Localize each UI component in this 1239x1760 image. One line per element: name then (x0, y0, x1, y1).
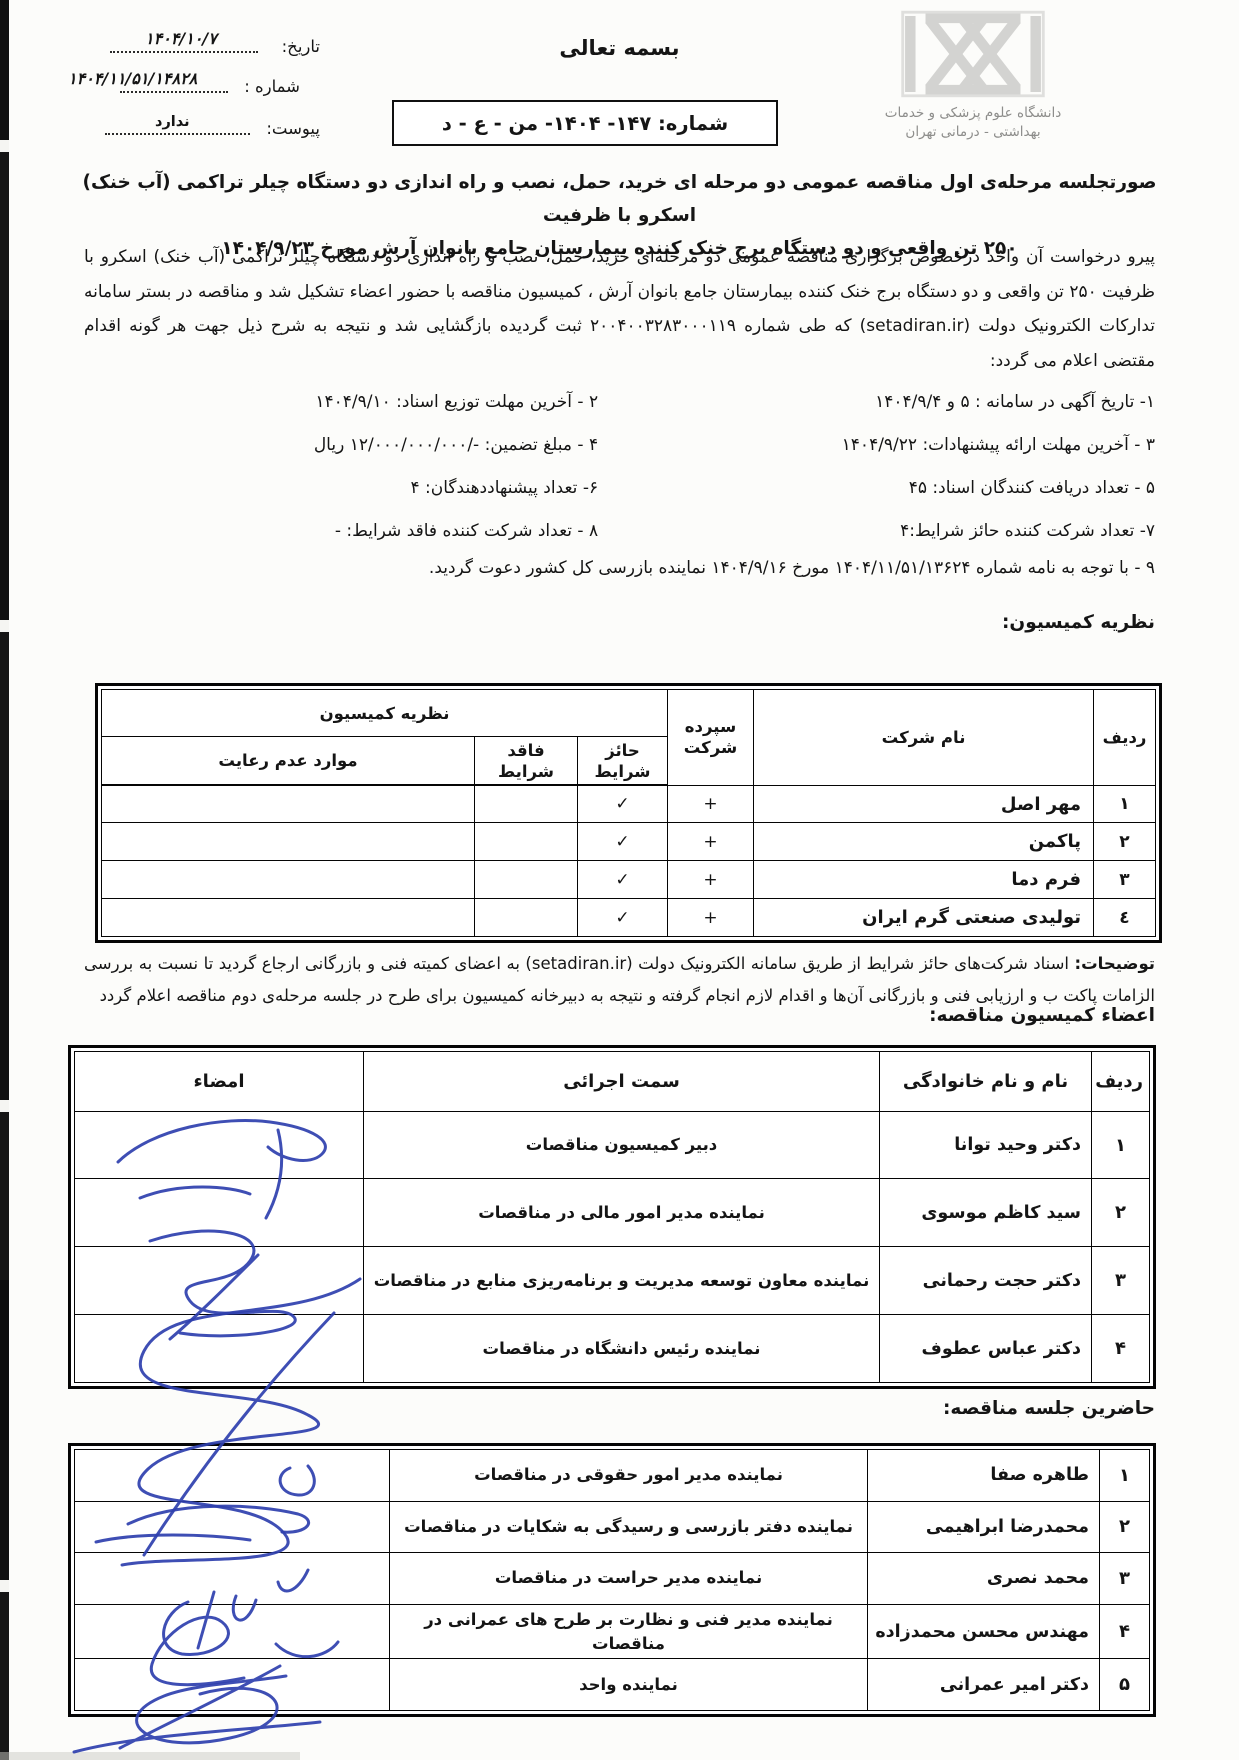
row-no: ۲ (1092, 1179, 1150, 1247)
signature-cell (75, 1179, 364, 1247)
header-date-field: تاریخ: ۱۴۰۴/۱۰/۷ (70, 20, 320, 60)
item-1: ۱- تاریخ آگهی در سامانه : ۵ و ۱۴۰۴/۹/۴ (598, 392, 1155, 412)
col-row-no: ردیف (1094, 690, 1156, 786)
member-name: دکتر عباس عطوف (880, 1315, 1092, 1383)
company-name: پاکمن (754, 823, 1094, 861)
number-label: شماره : (244, 77, 300, 96)
company-name: تولیدی صنعتی گرم ایران (754, 899, 1094, 937)
body-paragraph: پیرو درخواست آن واحد درخصوص برگزاری مناق… (84, 240, 1155, 378)
table-row: ۲ محمدرضا ابراهیمی نماینده دفتر بازرسی و… (75, 1501, 1150, 1553)
row-no: ۳ (1100, 1553, 1150, 1605)
scan-edge-artifact (0, 0, 9, 1760)
org-name-line2: بهداشتی - درمانی تهران (868, 123, 1078, 142)
university-logo-block: دانشگاه علوم پزشکی و خدمات بهداشتی - درم… (868, 8, 1078, 142)
member-role: نماینده رئیس دانشگاه در مناقصات (364, 1315, 880, 1383)
row-no: ٤ (1094, 899, 1156, 937)
col-commission-opinion: نظریه کمیسیون (102, 690, 668, 737)
signature-cell (75, 1111, 364, 1179)
col-position: سمت اجرائی (364, 1052, 880, 1112)
notes-label: توضیحات: (1075, 954, 1156, 973)
table-row: ۴ مهندس محسن محمدزاده نماینده مدیر فنی و… (75, 1604, 1150, 1659)
list-row-1: ۱- تاریخ آگهی در سامانه : ۵ و ۱۴۰۴/۹/۴ ۲… (84, 392, 1155, 412)
table-row: ۳ محمد نصری نماینده مدیر حراست در مناقصا… (75, 1553, 1150, 1605)
table-row: ۵ دکتر امیر عمرانی نماینده واحد (75, 1659, 1150, 1711)
qualified-check: ✓ (578, 899, 668, 937)
attendee-role: نماینده مدیر امور حقوقی در مناقصات (390, 1450, 868, 1502)
row-no: ۱ (1094, 785, 1156, 823)
row-no: ۲ (1094, 823, 1156, 861)
signature-cell (75, 1659, 390, 1711)
table-row: ۳ دکتر حجت رحمانی نماینده معاون توسعه مد… (75, 1247, 1150, 1315)
item-7: ۷- تعداد شرکت کننده حائز شرایط:۴ (598, 521, 1155, 541)
table-row: ۲ پاکمن + ✓ (102, 823, 1156, 861)
col-deposit: سپرده شرکت (668, 690, 754, 786)
deposit-mark: + (668, 861, 754, 899)
attendee-name: طاهره صفا (868, 1450, 1100, 1502)
attendee-role: نماینده مدیر فنی و نظارت بر طرح های عمرا… (390, 1604, 868, 1659)
item-5: ۵ - تعداد دریافت کنندگان اسناد: ۴۵ (598, 478, 1155, 498)
item-9: ۹ - با توجه به نامه شماره ۱۴۰۴/۱۱/۵۱/۱۳۶… (84, 558, 1155, 578)
signature-cell (75, 1604, 390, 1659)
deposit-mark: + (668, 823, 754, 861)
company-name: فرم دما (754, 861, 1094, 899)
attachment-value: ندارد (155, 114, 190, 130)
row-no: ۵ (1100, 1659, 1150, 1711)
attendee-name: محمد نصری (868, 1553, 1100, 1605)
attendee-name: مهندس محسن محمدزاده (868, 1604, 1100, 1659)
attendee-name: محمدرضا ابراهیمی (868, 1501, 1100, 1553)
deposit-mark: + (668, 899, 754, 937)
item-4: ۴ - مبلغ تضمین: -/۱۲/۰۰۰/۰۰۰/۰۰۰ ریال (84, 435, 598, 455)
attendee-role: نماینده دفتر بازرسی و رسیدگی به شکایات د… (390, 1501, 868, 1553)
signature-cell (75, 1501, 390, 1553)
attachment-label: پیوست: (266, 119, 320, 138)
member-name: دکتر وحید توانا (880, 1111, 1092, 1179)
opinion-table: ردیف نام شرکت سپرده شرکت نظریه کمیسیون ح… (95, 683, 1162, 943)
attendee-role: نماینده مدیر حراست در مناقصات (390, 1553, 868, 1605)
row-no: ۳ (1094, 861, 1156, 899)
notes-text: اسناد شرکت‌های حائز شرایط از طریق سامانه… (84, 954, 1155, 1005)
table-row: ۲ سید کاظم موسوی نماینده مدیر امور مالی … (75, 1179, 1150, 1247)
row-no: ۲ (1100, 1501, 1150, 1553)
signature-cell (75, 1247, 364, 1315)
table-row: ۱ طاهره صفا نماینده مدیر امور حقوقی در م… (75, 1450, 1150, 1502)
list-row-3: ۵ - تعداد دریافت کنندگان اسناد: ۴۵ ۶- تع… (84, 478, 1155, 498)
date-value: ۱۴۰۴/۱۰/۷ (145, 29, 217, 48)
col-unqualified: فاقد شرایط (475, 737, 578, 786)
violations-cell (102, 861, 475, 899)
violations-cell (102, 785, 475, 823)
company-name: مهر اصل (754, 785, 1094, 823)
violations-cell (102, 823, 475, 861)
row-no: ۱ (1100, 1450, 1150, 1502)
notes-paragraph: توضیحات: اسناد شرکت‌های حائز شرایط از طر… (84, 948, 1155, 1012)
member-role: دبیر کمیسیون مناقصات (364, 1111, 880, 1179)
item-3: ۳ - آخرین مهلت ارائه پیشنهادات: ۱۴۰۴/۹/۲… (598, 435, 1155, 455)
opinion-heading: نظریه کمیسیون: (1002, 612, 1155, 633)
header-attachment-field: پیوست: ندارد (70, 102, 320, 142)
scan-edge-artifact-bottom (0, 1752, 300, 1760)
header-number-field: شماره : ۱۴۰۴/۱۱/۵۱/۱۴۸۲۸ (50, 60, 300, 100)
list-row-2: ۳ - آخرین مهلت ارائه پیشنهادات: ۱۴۰۴/۹/۲… (84, 435, 1155, 455)
col-full-name: نام و نام خانوادگی (880, 1052, 1092, 1112)
number-dotted-line (120, 91, 228, 93)
besmele-heading: بسمه تعالی (559, 36, 679, 60)
members-heading: اعضاء کمیسیون مناقصه: (929, 1005, 1155, 1026)
attendees-heading: حاضرین جلسه مناقصه: (943, 1398, 1155, 1419)
col-violations: موارد عدم رعایت (102, 737, 475, 786)
member-name: دکتر حجت رحمانی (880, 1247, 1092, 1315)
signature-cell (75, 1315, 364, 1383)
table-row: ۴ دکتر عباس عطوف نماینده رئیس دانشگاه در… (75, 1315, 1150, 1383)
item-2: ۲ - آخرین مهلت توزیع اسناد: ۱۴۰۴/۹/۱۰ (84, 392, 598, 412)
tums-emblem-icon (897, 8, 1049, 100)
unqualified-cell (475, 785, 578, 823)
violations-cell (102, 899, 475, 937)
number-value: ۱۴۰۴/۱۱/۵۱/۱۴۸۲۸ (68, 69, 197, 88)
item-6: ۶- تعداد پیشنهاددهندگان: ۴ (84, 478, 598, 498)
attendee-name: دکتر امیر عمرانی (868, 1659, 1100, 1711)
member-role: نماینده معاون توسعه مدیریت و برنامه‌ریزی… (364, 1247, 880, 1315)
unqualified-cell (475, 861, 578, 899)
org-name-line1: دانشگاه علوم پزشکی و خدمات (868, 104, 1078, 123)
row-no: ۱ (1092, 1111, 1150, 1179)
signature-cell (75, 1553, 390, 1605)
title-line1: صورتجلسه مرحله‌ی اول مناقصه عمومی دو مرح… (60, 166, 1179, 232)
attachment-dotted-line (105, 133, 250, 135)
deposit-mark: + (668, 785, 754, 823)
member-name: سید کاظم موسوی (880, 1179, 1092, 1247)
document-number-box: شماره: ۱۴۷- ۱۴۰۴- من - ع - د (392, 100, 778, 146)
col-qualified: حائز شرایط (578, 737, 668, 786)
row-no: ۳ (1092, 1247, 1150, 1315)
list-row-4: ۷- تعداد شرکت کننده حائز شرایط:۴ ۸ - تعد… (84, 521, 1155, 541)
item-8: ۸ - تعداد شرکت کننده فاقد شرایط: - (84, 521, 598, 541)
table-row: ۳ فرم دما + ✓ (102, 861, 1156, 899)
qualified-check: ✓ (578, 861, 668, 899)
table-row: ۱ دکتر وحید توانا دبیر کمیسیون مناقصات (75, 1111, 1150, 1179)
member-role: نماینده مدیر امور مالی در مناقصات (364, 1179, 880, 1247)
table-row: ۱ مهر اصل + ✓ (102, 785, 1156, 823)
signature-cell (75, 1450, 390, 1502)
date-label: تاریخ: (282, 37, 320, 56)
qualified-check: ✓ (578, 785, 668, 823)
members-table: ردیف نام و نام خانوادگی سمت اجرائی امضاء… (68, 1045, 1156, 1389)
scanned-document-page: تاریخ: ۱۴۰۴/۱۰/۷ شماره : ۱۴۰۴/۱۱/۵۱/۱۴۸۲… (0, 0, 1239, 1760)
table-row: ٤ تولیدی صنعتی گرم ایران + ✓ (102, 899, 1156, 937)
col-company: نام شرکت (754, 690, 1094, 786)
attendees-table: ۱ طاهره صفا نماینده مدیر امور حقوقی در م… (68, 1443, 1156, 1717)
unqualified-cell (475, 899, 578, 937)
row-no: ۴ (1100, 1604, 1150, 1659)
date-dotted-line (110, 51, 258, 53)
unqualified-cell (475, 823, 578, 861)
col-row-no: ردیف (1092, 1052, 1150, 1112)
qualified-check: ✓ (578, 823, 668, 861)
attendee-role: نماینده واحد (390, 1659, 868, 1711)
row-no: ۴ (1092, 1315, 1150, 1383)
col-signature: امضاء (75, 1052, 364, 1112)
